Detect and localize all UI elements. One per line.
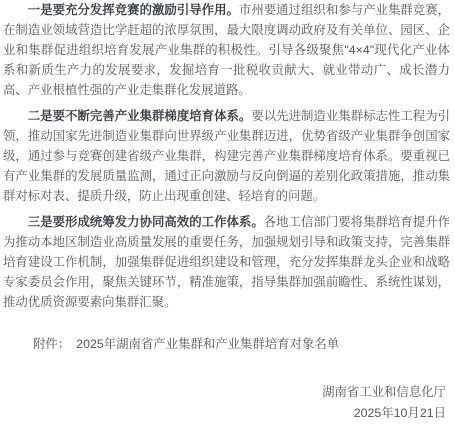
paragraph: 二是要不断完善产业集群梯度培育体系。要以先进制造业集群标志性工程为引领，推动国家… (3, 106, 450, 206)
signature-date: 2025年10月21日 (3, 403, 446, 424)
article-body: 一是要充分发挥竞赛的激励引导作用。市州要通过组织和参与产业集群竞赛，在制造业领域… (0, 0, 455, 431)
paragraph-lead: 一是要充分发挥竞赛的激励引导作用。 (28, 3, 239, 17)
attachment-label: 附件： (33, 337, 70, 351)
signature-block: 湖南省工业和信息化厅 2025年10月21日 (3, 382, 450, 424)
paragraph-lead: 二是要不断完善产业集群梯度培育体系。 (28, 109, 252, 123)
paragraph-text: 各地工信部门要将集群培育提升作为推动本地区制造业高质量发展的重要任务，加强规划引… (3, 215, 450, 309)
paragraph-text: 要以先进制造业集群标志性工程为引领，推动国家先进制造业集群向世界级产业集群迈进，… (3, 109, 450, 203)
paragraph: 一是要充分发挥竞赛的激励引导作用。市州要通过组织和参与产业集群竞赛，在制造业领域… (3, 0, 450, 100)
attachment-line: 附件：2025年湖南省产业集群和产业集群培育对象名单 (3, 334, 450, 354)
paragraph-text: 市州要通过组织和参与产业集群竞赛，在制造业领域营造比学赶超的浓厚氛围，最大限度调… (3, 3, 450, 97)
attachment-title: 2025年湖南省产业集群和产业集群培育对象名单 (76, 337, 339, 351)
paragraph: 三是要形成统筹发力协同高效的工作体系。各地工信部门要将集群培育提升作为推动本地区… (3, 212, 450, 312)
signature-org: 湖南省工业和信息化厅 (3, 382, 446, 403)
paragraph-lead: 三是要形成统筹发力协同高效的工作体系。 (28, 215, 264, 229)
